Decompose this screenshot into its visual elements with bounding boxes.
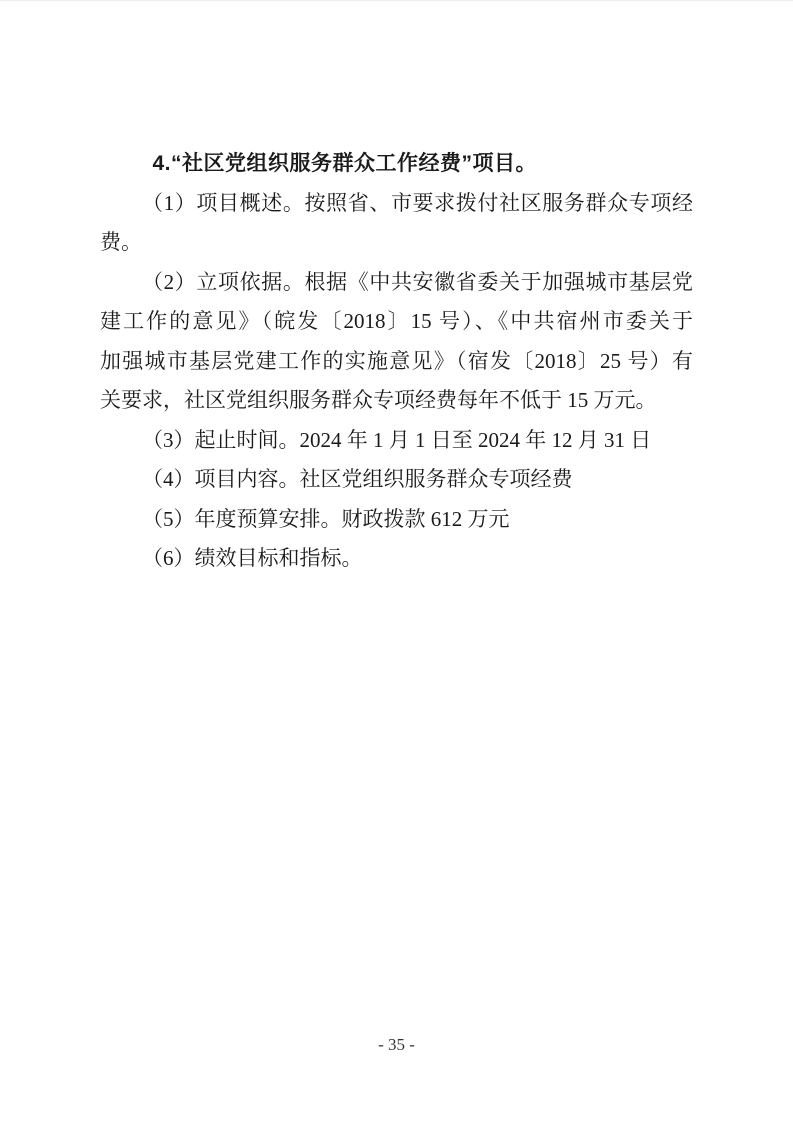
document-body: 4.“社区党组织服务群众工作经费”项目。 （1）项目概述。按照省、市要求拨付社区… (100, 144, 693, 579)
paragraph-4: （4）项目内容。社区党组织服务群众专项经费 (100, 460, 693, 500)
paragraph-3: （3）起止时间。2024 年 1 月 1 日至 2024 年 12 月 31 日 (100, 421, 693, 461)
paragraph-1-line-2: 费。 (100, 223, 693, 263)
paragraph-5: （5）年度预算安排。财政拨款 612 万元 (100, 500, 693, 540)
paragraph-1-line-1: （1）项目概述。按照省、市要求拨付社区服务群众专项经 (100, 184, 693, 224)
section-heading: 4.“社区党组织服务群众工作经费”项目。 (100, 144, 693, 184)
paragraph-2-line-4: 关要求，社区党组织服务群众专项经费每年不低于 15 万元。 (100, 381, 693, 421)
paragraph-2-line-2: 建工作的意见》（皖发〔2018〕15 号）、《中共宿州市委关于 (100, 302, 693, 342)
page-footer: - 35 - (0, 1032, 793, 1058)
paragraph-6: （6）绩效目标和指标。 (100, 539, 693, 579)
paragraph-2-line-3: 加强城市基层党建工作的实施意见》（宿发〔2018〕25 号）有 (100, 342, 693, 382)
page-number: - 35 - (378, 1035, 415, 1054)
document-page: 4.“社区党组织服务群众工作经费”项目。 （1）项目概述。按照省、市要求拨付社区… (0, 0, 793, 1122)
paragraph-2-line-1: （2）立项依据。根据《中共安徽省委关于加强城市基层党 (100, 263, 693, 303)
